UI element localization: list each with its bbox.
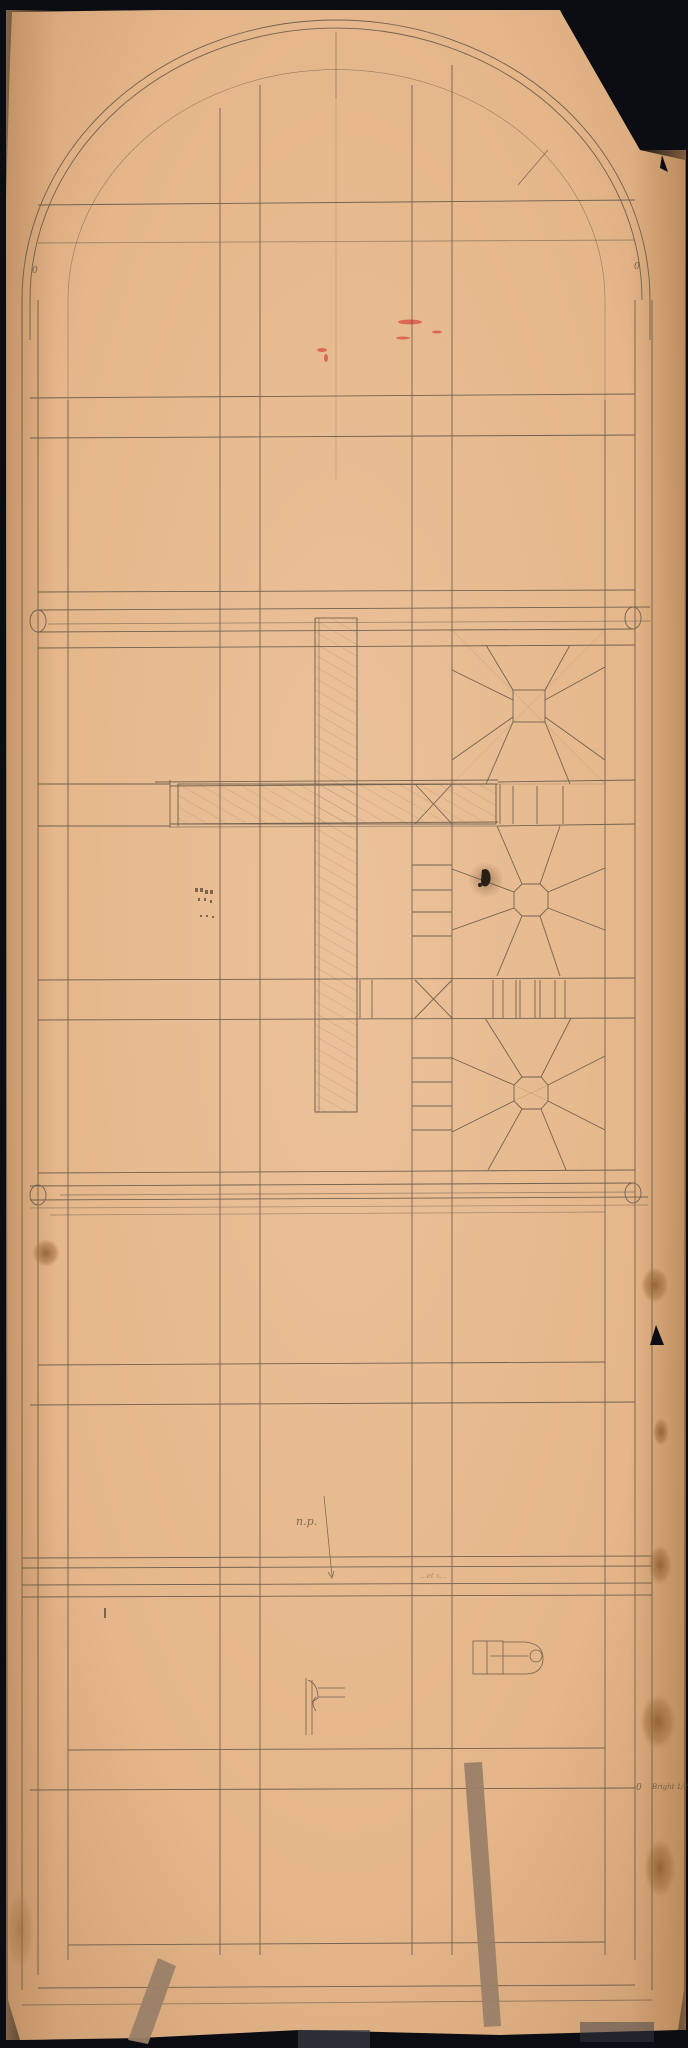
marker-top-left: 0 bbox=[32, 266, 38, 276]
scanned-drawing bbox=[0, 0, 688, 2048]
marker-top-right: 0 bbox=[634, 262, 640, 272]
hatched-vertical-mullion bbox=[315, 618, 357, 1112]
bottom-right-note: Bright 1/2 bbox=[652, 1783, 688, 1791]
ink-blot bbox=[468, 862, 504, 898]
band-note: ...et x... bbox=[420, 1572, 446, 1580]
marker-bottom-right: 0 bbox=[636, 1783, 642, 1793]
sketch-note: n.p. bbox=[296, 1515, 317, 1528]
